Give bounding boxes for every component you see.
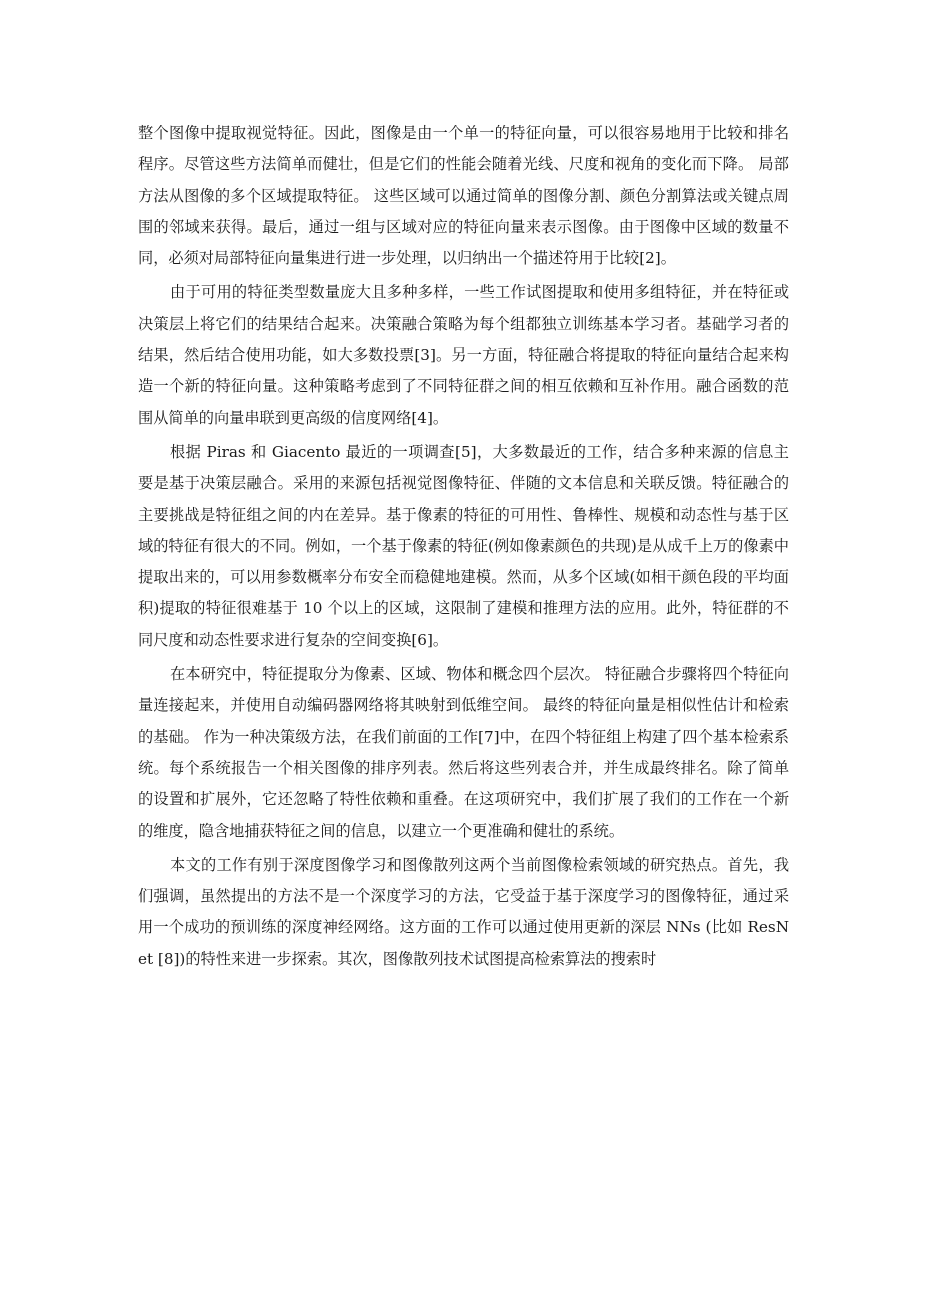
paragraph-this-study: 在本研究中，特征提取分为像素、区域、物体和概念四个层次。 特征融合步骤将四个特征… bbox=[138, 659, 789, 847]
paragraph-related-work-deep-learning-hashing: 本文的工作有别于深度图像学习和图像散列这两个当前图像检索领域的研究热点。首先，我… bbox=[138, 850, 789, 975]
document-page: 整个图像中提取视觉特征。因此，图像是由一个单一的特征向量，可以很容易地用于比较和… bbox=[138, 118, 789, 978]
paragraph-global-local-features: 整个图像中提取视觉特征。因此，图像是由一个单一的特征向量，可以很容易地用于比较和… bbox=[138, 118, 789, 274]
paragraph-survey-decision-fusion: 根据 Piras 和 Giacento 最近的一项调查[5]，大多数最近的工作，… bbox=[138, 437, 789, 656]
paragraph-feature-fusion-strategies: 由于可用的特征类型数量庞大且多种多样，一些工作试图提取和使用多组特征，并在特征或… bbox=[138, 277, 789, 433]
